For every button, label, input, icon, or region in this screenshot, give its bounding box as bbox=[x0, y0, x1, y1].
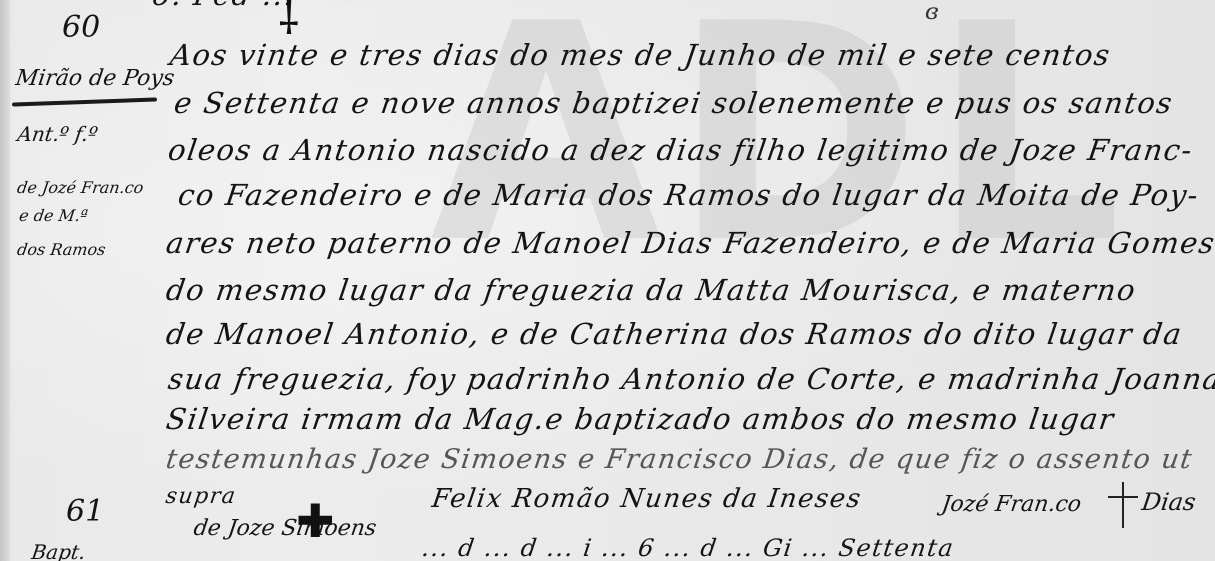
margin-heading-entry-60: Mirão de Poys bbox=[14, 66, 176, 91]
margin-note-line-4: dos Ramos bbox=[16, 240, 107, 259]
body-line-7: de Manoel Antonio, e de Catherina dos Ra… bbox=[164, 317, 1185, 351]
body-line-4: co Fazendeiro e de Maria dos Ramos do lu… bbox=[176, 178, 1201, 212]
manuscript-page: ADL 60 6. Ped ... ⸸ ɞ Mirão de Poys Ant.… bbox=[0, 0, 1215, 561]
body-line-9: Silveira irmam da Mag.e baptizado ambos … bbox=[164, 402, 1117, 436]
body-line-3: oleos a Antonio nascido a dez dias filho… bbox=[166, 133, 1195, 167]
signature-right-abbrev: Jozé Fran.co bbox=[940, 492, 1083, 517]
bottom-fragment-text: ... d ... d ... i ... 6 ... d ... Gi ...… bbox=[420, 534, 956, 561]
witness-cross-mark-icon: ✚ bbox=[296, 494, 335, 548]
margin-note-line-2: de Jozé Fran.co bbox=[16, 178, 145, 197]
body-line-5: ares neto paterno de Manoel Dias Fazende… bbox=[164, 226, 1215, 260]
signature-cross-bar bbox=[1108, 496, 1138, 498]
signature-priest: Felix Romão Nunes da Ineses bbox=[430, 484, 864, 514]
body-line-1: Aos vinte e tres dias do mes de Junho de… bbox=[168, 38, 1113, 72]
top-fragment-text: 6. Ped ... bbox=[150, 0, 297, 12]
body-line-6: do mesmo lugar da freguezia da Matta Mou… bbox=[164, 273, 1139, 307]
body-line-11: supra bbox=[164, 484, 238, 509]
signature-left: de Joze Simoens bbox=[192, 516, 378, 541]
flourish-mark: ɞ bbox=[925, 0, 939, 25]
body-line-8: sua freguezia, foy padrinho Antonio de C… bbox=[166, 362, 1215, 396]
margin-heading-entry-61: Bapt. bbox=[30, 540, 87, 561]
body-line-2: e Settenta e nove annos baptizei solenem… bbox=[172, 86, 1175, 120]
entry-number-60: 60 bbox=[62, 10, 100, 45]
margin-heading-underline bbox=[12, 97, 157, 106]
entry-number-61: 61 bbox=[66, 494, 104, 529]
signature-cross-stroke bbox=[1122, 482, 1124, 528]
margin-note-line-1: Ant.º f.º bbox=[16, 122, 99, 146]
body-line-10: testemunhas Joze Simoens e Francisco Dia… bbox=[164, 444, 1195, 475]
page-binding-edge bbox=[0, 0, 10, 561]
margin-note-line-3: e de M.ª bbox=[18, 206, 89, 225]
signature-right-mark: Dias bbox=[1140, 488, 1197, 516]
